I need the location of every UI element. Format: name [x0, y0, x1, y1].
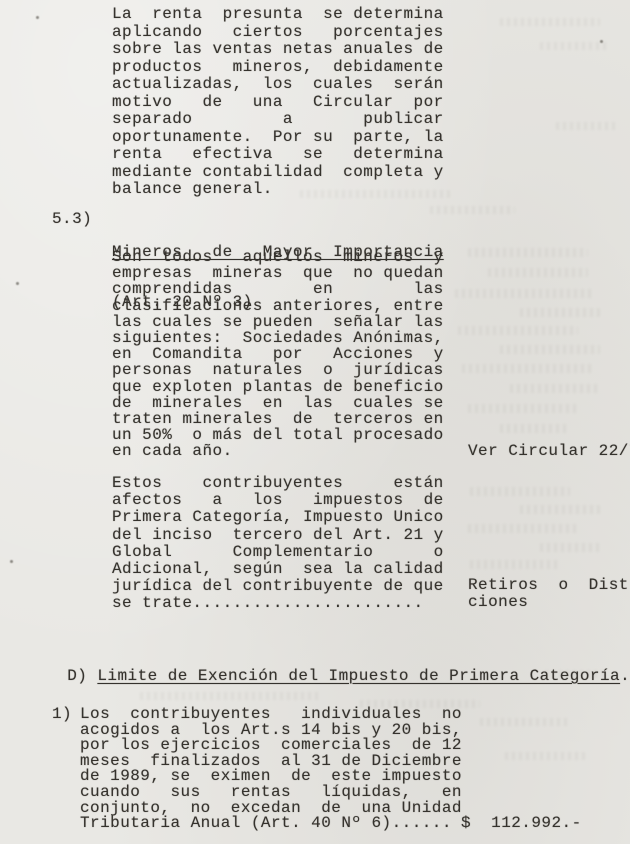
margin-note-retiros-distribuciones: Retiros o Distr ciones	[468, 577, 630, 611]
section-d-title: Limite de Exención del Impuesto de Prime…	[97, 667, 620, 685]
bleed-through-smudge	[505, 752, 585, 760]
bleed-through-smudge	[500, 345, 600, 354]
bleed-through-smudge	[488, 268, 588, 277]
scan-speck	[10, 560, 13, 563]
bleed-through-smudge	[540, 42, 610, 50]
bleed-through-smudge	[470, 487, 570, 496]
margin-note-ver-circular: Ver Circular 22/7	[468, 443, 630, 460]
bleed-through-smudge	[468, 404, 578, 413]
amount-unidad-tributaria: $ 112.992.-	[461, 816, 582, 832]
bleed-through-smudge	[540, 543, 600, 552]
section-d-heading: D) Limite de Exención del Impuesto de Pr…	[27, 650, 630, 703]
section-d-suffix: .-	[620, 667, 630, 685]
bleed-through-smudge	[500, 18, 600, 26]
section-number-5-3: 5.3)	[52, 211, 92, 228]
scan-speck	[600, 40, 603, 43]
scan-speck	[16, 282, 19, 285]
bleed-through-smudge	[470, 560, 560, 569]
bleed-through-smudge	[520, 308, 600, 317]
bleed-through-smudge	[468, 524, 578, 533]
bleed-through-smudge	[458, 326, 578, 335]
bleed-through-smudge	[510, 384, 600, 393]
bleed-through-smudge	[480, 718, 570, 726]
bleed-through-smudge	[455, 289, 595, 298]
list-item-1-number: 1)	[52, 707, 72, 723]
paragraph-renta-presunta: La renta presunta se determina aplicando…	[112, 6, 444, 199]
paragraph-contribuyentes-impuestos: Estos contribuyentes están afectos a los…	[112, 475, 444, 613]
bleed-through-smudge	[462, 364, 592, 373]
paragraph-mineros-mayor-importancia: Son todos aquellos mineros y empresas mi…	[112, 249, 444, 460]
bleed-through-smudge	[500, 424, 570, 433]
scan-speck	[36, 16, 39, 19]
paragraph-limite-exencion: Los contribuyentes individuales no acogi…	[80, 707, 462, 832]
bleed-through-smudge	[520, 505, 600, 514]
bleed-through-smudge	[468, 248, 588, 257]
section-d-label: D)	[67, 667, 97, 685]
scanned-document-page: La renta presunta se determina aplicando…	[0, 0, 630, 844]
bleed-through-smudge	[556, 122, 616, 130]
